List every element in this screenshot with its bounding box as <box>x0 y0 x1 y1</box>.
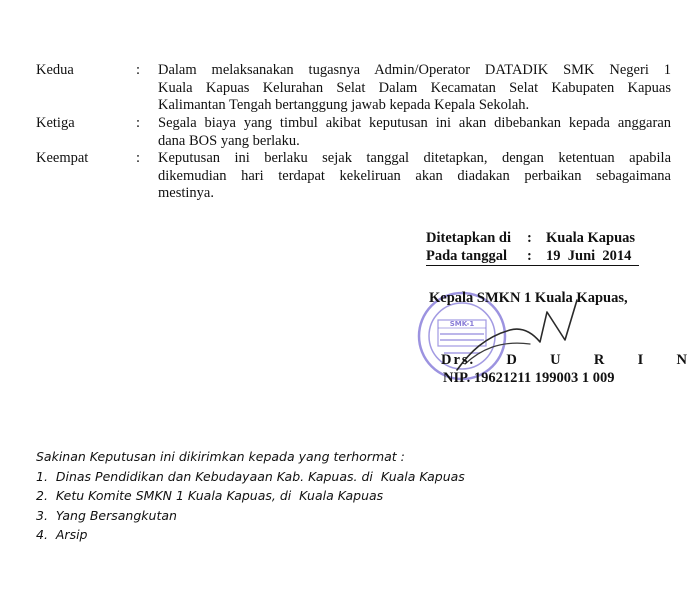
distribution-list: Sakinan Keputusan ini dikirimkan kepada … <box>36 447 465 545</box>
item-text: Dalam melaksanakan tugasnya Admin/Operat… <box>158 62 671 115</box>
date-label: Pada tanggal <box>426 248 507 265</box>
signatory-name: Drs. D U R I N G <box>441 352 696 369</box>
distribution-heading: Sakinan Keputusan ini dikirimkan kepada … <box>36 447 465 467</box>
distribution-item: 2. Ketu Komite SMKN 1 Kuala Kapuas, di K… <box>36 486 465 506</box>
distribution-item: 3. Yang Bersangkutan <box>36 506 465 526</box>
item-label: Ketiga <box>36 115 136 132</box>
date-separator: : <box>527 248 532 265</box>
item-text: Segala biaya yang timbul akibat keputusa… <box>158 115 671 150</box>
signatory-nip: NIP. 19621211 199003 1 009 <box>443 370 614 387</box>
date-value: 19 Juni 2014 <box>546 248 631 265</box>
place-value: Kuala Kapuas <box>546 230 635 247</box>
item-separator: : <box>136 150 156 167</box>
distribution-item: 4. Arsip <box>36 525 465 545</box>
date-row: Pada tanggal : 19 Juni 2014 <box>426 248 639 266</box>
item-label: Keempat <box>36 150 136 167</box>
item-text: Keputusan ini berlaku sejak tanggal dite… <box>158 150 671 203</box>
distribution-item: 1. Dinas Pendidikan dan Kebudayaan Kab. … <box>36 467 465 487</box>
place-label: Ditetapkan di <box>426 230 511 247</box>
place-separator: : <box>527 230 532 247</box>
item-separator: : <box>136 62 156 79</box>
signatory-position: Kepala SMKN 1 Kuala Kapuas, <box>429 290 628 307</box>
item-label: Kedua <box>36 62 136 79</box>
item-separator: : <box>136 115 156 132</box>
